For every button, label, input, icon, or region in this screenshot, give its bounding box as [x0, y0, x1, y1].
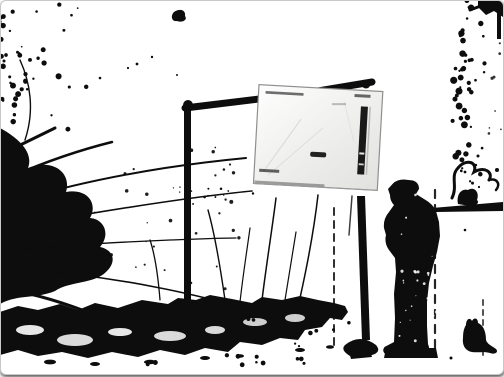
speckle-dot: [432, 315, 434, 317]
speckle-dot: [153, 246, 155, 248]
speckle-dot: [478, 21, 483, 26]
speckle-dot: [207, 188, 209, 190]
speckle-dot: [319, 326, 321, 328]
speckle-dot: [164, 269, 166, 271]
speckle-dot: [153, 360, 158, 365]
speckle-dot: [56, 73, 62, 79]
speckle-dot: [459, 116, 464, 121]
speckle-dot: [20, 87, 24, 91]
speckle-dot: [489, 127, 491, 129]
speckle-dot: [94, 212, 96, 214]
speckle-dot: [463, 151, 468, 156]
speckle-dot: [488, 132, 491, 135]
speckle-dot: [298, 345, 300, 347]
speckle-dot: [451, 119, 455, 123]
speckle-dot: [456, 88, 463, 95]
speckle-dot: [471, 182, 474, 185]
speckle-dot: [465, 115, 471, 121]
speckle-dot: [229, 200, 233, 204]
speckle-dot: [494, 110, 496, 112]
speckle-dot: [417, 270, 420, 273]
speckle-dot: [15, 91, 21, 97]
speckle-dot: [68, 85, 71, 88]
speckle-dot: [468, 5, 474, 11]
speckle-dot: [499, 42, 501, 44]
speckle-dot: [467, 87, 471, 91]
speckle-dot: [464, 60, 467, 63]
speckle-dot: [461, 121, 468, 128]
speckle-dot: [229, 163, 231, 165]
speckle-dot: [214, 147, 216, 149]
speckle-dot: [474, 79, 477, 82]
speckle-dot: [255, 361, 258, 364]
speckle-dot: [21, 46, 23, 48]
speckle-dot: [416, 279, 418, 281]
speckle-dot: [70, 14, 73, 17]
speckle-dot: [410, 320, 411, 321]
speckle-dot: [62, 29, 65, 32]
speckle-dot: [314, 329, 318, 333]
speckle-dot: [145, 241, 147, 243]
speckle-dot: [315, 323, 319, 327]
speckle-dot: [173, 187, 174, 188]
speckle-dot: [452, 97, 457, 102]
speckle-dot: [1, 54, 4, 59]
speckle-dot: [255, 355, 259, 359]
right-tree: [432, 1, 503, 212]
speckle-dot: [423, 282, 426, 285]
speckle-dot: [347, 321, 350, 324]
speckle-dot: [207, 195, 209, 197]
speckle-dot: [50, 114, 52, 116]
speckle-dot: [427, 272, 430, 275]
speckle-dot: [459, 50, 466, 57]
speckle-dot: [16, 51, 19, 54]
speckle-dot: [432, 256, 433, 257]
speckle-dot: [28, 58, 32, 62]
speckle-dot: [470, 126, 472, 128]
speckle-dot: [466, 142, 472, 148]
rising-twigs: [150, 195, 318, 302]
speckle-dot: [415, 295, 416, 296]
speckle-dot: [9, 30, 11, 32]
speckle-dot: [403, 280, 405, 282]
speckle-dot: [478, 172, 483, 177]
speckle-dot: [456, 103, 463, 110]
speckle-dot: [469, 180, 471, 182]
speckle-dot: [482, 61, 486, 65]
speckle-dot: [405, 310, 406, 311]
speckle-dot: [65, 127, 70, 132]
speckle-dot: [220, 188, 223, 191]
speckle-dot: [11, 10, 15, 14]
sign-board: [253, 85, 382, 191]
speckle-dot: [459, 34, 462, 37]
speckle-dot: [458, 75, 464, 81]
speckle-dot: [17, 53, 22, 58]
speckle-dot: [414, 339, 417, 342]
speckle-dot: [169, 219, 173, 223]
speckle-dot: [302, 362, 305, 365]
speckle-dot: [398, 335, 400, 337]
speckle-dot: [437, 322, 438, 323]
speckle-dot: [224, 198, 226, 200]
speckle-dot: [240, 362, 245, 367]
speckle-dot: [26, 88, 29, 91]
speckle-dot: [460, 170, 463, 173]
speckle-dot: [461, 28, 465, 32]
speckle-dot: [10, 119, 15, 124]
speckle-dot: [225, 353, 229, 357]
speckle-dot: [464, 171, 467, 174]
ground-debris: [1, 295, 351, 367]
speckle-dot: [261, 330, 264, 333]
speckle-dot: [466, 17, 469, 20]
speckle-dot: [478, 186, 480, 188]
speckle-dot: [462, 108, 467, 113]
speckle-dot: [125, 189, 129, 193]
speckle-dot: [460, 38, 466, 44]
speckle-dot: [414, 194, 417, 197]
support-pole: [343, 196, 378, 359]
speckle-dot: [401, 233, 403, 235]
speckle-dot: [23, 72, 27, 76]
speckle-dot: [461, 167, 463, 169]
speckle-dot: [450, 77, 457, 84]
speckle-dot: [490, 77, 493, 80]
speckle-dot: [36, 56, 39, 59]
speckle-dot: [98, 228, 101, 231]
speckle-dot: [13, 113, 16, 116]
speckle-dot: [232, 171, 235, 174]
speckle-dot: [299, 357, 304, 362]
corner-branch: [470, 1, 503, 39]
speckle-dot: [403, 282, 404, 283]
speckle-dot: [146, 362, 150, 366]
speckle-dot: [32, 78, 34, 80]
speckle-dot: [452, 153, 459, 160]
speckle-dot: [41, 60, 46, 65]
speckle-dot: [1, 37, 4, 42]
speckle-dot: [435, 310, 438, 313]
speckle-dot: [218, 212, 220, 214]
speckle-dot: [411, 305, 413, 307]
speckle-dot: [483, 71, 485, 73]
speckle-dot: [1, 20, 2, 23]
speckle-dot: [308, 331, 313, 336]
speckle-dot: [294, 342, 296, 344]
speckle-dot: [3, 60, 6, 63]
speckle-dot: [77, 7, 79, 9]
speckle-dot: [192, 203, 194, 205]
speckle-dot: [246, 317, 250, 321]
speckle-dot: [216, 265, 218, 267]
speckle-dot: [8, 75, 11, 78]
speckle-dot: [147, 222, 148, 223]
speckle-dot: [468, 58, 472, 62]
speckle-dot: [12, 102, 18, 108]
speckle-dot: [145, 192, 148, 195]
photo-canvas: High-contrast black-and-white photograph…: [1, 1, 503, 374]
speckle-dot: [252, 318, 256, 322]
speckle-dot: [245, 329, 249, 333]
speckle-dot: [261, 361, 266, 366]
speckle-dot: [214, 196, 216, 198]
speckle-dot: [179, 186, 180, 187]
speckle-dot: [252, 192, 254, 194]
speckle-dot: [144, 264, 146, 266]
speckle-dot: [460, 67, 464, 71]
speckle-dot: [123, 172, 126, 175]
ledge-blob: [458, 189, 478, 206]
speckle-dot: [109, 253, 112, 256]
speckle-dot: [133, 168, 135, 170]
speckle-dot: [13, 96, 18, 101]
speckle-dot: [9, 82, 12, 85]
speckle-dot: [481, 147, 484, 150]
speckle-dot: [242, 325, 244, 327]
speckle-dot: [498, 52, 501, 55]
speckle-dot: [214, 174, 216, 176]
speckle-dot: [413, 270, 416, 273]
speckle-dot: [467, 81, 471, 85]
speckle-dot: [454, 67, 458, 71]
speckle-dot: [1, 64, 6, 70]
board-handwriting: [332, 103, 346, 105]
speckle-dot: [212, 150, 215, 153]
speckle-dot: [400, 270, 403, 273]
speckle-dot: [482, 35, 485, 38]
speckle-dot: [237, 236, 240, 239]
floating-leaf-blob: [172, 10, 186, 22]
speckle-dot: [195, 232, 198, 235]
speckle-dot: [296, 357, 300, 361]
speckle-dot: [500, 129, 502, 131]
left-tree: [1, 2, 254, 315]
speckle-dot: [236, 354, 241, 359]
speckle-dot: [135, 266, 137, 268]
speckle-dot: [428, 274, 430, 276]
speckle-dot: [41, 47, 46, 52]
screenshot-canvas: High-contrast black-and-white photograph…: [0, 0, 504, 377]
speckle-dot: [35, 10, 38, 13]
speckle-dot: [23, 79, 27, 83]
speckle-dot: [400, 322, 401, 323]
speckle-dot: [84, 85, 88, 89]
speckle-dot: [223, 194, 224, 195]
observer-silhouette: [383, 180, 440, 356]
board-gauge-mark: [310, 152, 326, 158]
speckle-dot: [203, 196, 206, 199]
speckle-dot: [227, 190, 229, 192]
speckle-dot: [223, 168, 226, 171]
photo: High-contrast black-and-white photograph…: [0, 0, 504, 375]
speckle-dot: [57, 2, 61, 6]
speckle-dot: [426, 297, 428, 299]
speckle-dot: [4, 53, 8, 57]
speckle-dot: [465, 1, 470, 3]
speckle-dot: [405, 217, 407, 219]
speckle-dot: [232, 229, 235, 232]
speckle-dot: [179, 191, 180, 192]
small-stump: [463, 319, 497, 354]
